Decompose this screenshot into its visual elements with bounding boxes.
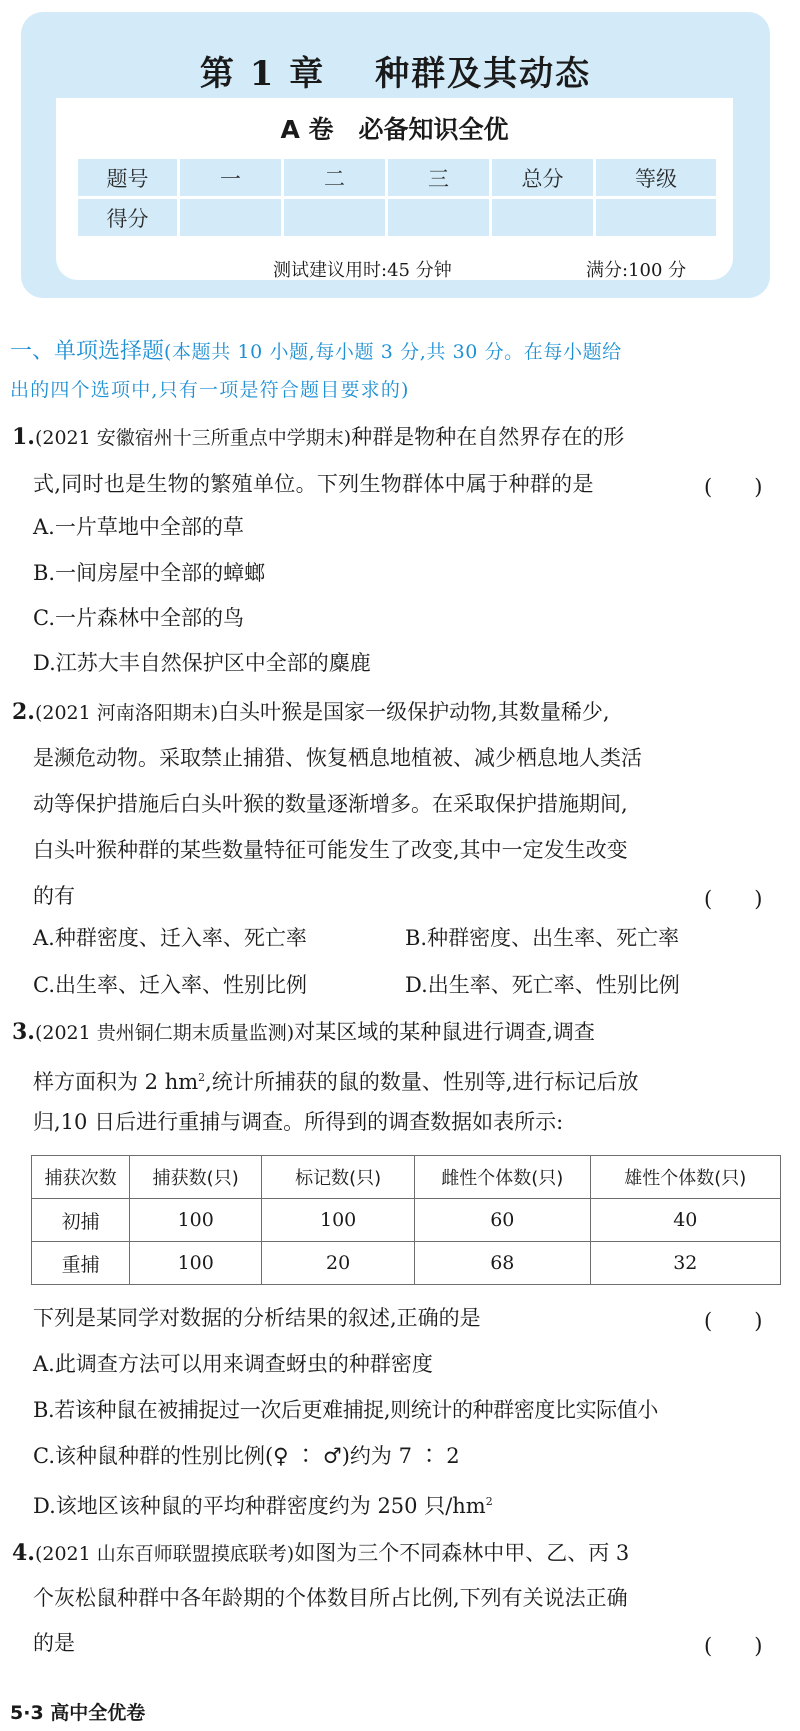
table-cell: 重捕 [32,1242,130,1285]
option-a[interactable]: A.一片草地中全部的草 [33,514,244,540]
score-table: 题号 一 二 三 总分 等级 得分 [75,156,719,239]
question-2-line-1: 2.(2021 河南洛阳期末)白头叶猴是国家一级保护动物,其数量稀少, [12,699,610,726]
question-number: 1. [12,424,35,450]
option-c[interactable]: C.该种鼠种群的性别比例(♀ ∶ ♂)约为 7 ∶ 2 [33,1443,460,1469]
answer-blank[interactable]: ( ) [704,883,762,913]
question-source: (2021 河南洛阳期末) [35,702,218,724]
option-a[interactable]: A.此调查方法可以用来调查蚜虫的种群密度 [33,1351,433,1377]
question-2-line-4: 白头叶猴种群的某些数量特征可能发生了改变,其中一定发生改变 [33,837,628,863]
score-table-header-row: 题号 一 二 三 总分 等级 [78,159,716,196]
question-text: 如图为三个不同森林中甲、乙、丙 3 [294,1541,629,1565]
table-cell: 100 [130,1242,262,1285]
question-2-line-5: 的有 [33,883,75,909]
question-2-line-3: 动等保护措施后白头叶猴的数量逐渐增多。在采取保护措施期间, [33,791,628,817]
question-4-line-2: 个灰松鼠种群中各年龄期的个体数目所占比例,下列有关说法正确 [33,1585,628,1611]
question-source: (2021 贵州铜仁期末质量监测) [35,1022,294,1044]
question-1-line-2: 式,同时也是生物的繁殖单位。下列生物群体中属于种群的是 [33,471,594,497]
score-input-cell[interactable] [388,199,489,236]
score-cell: 题号 [78,159,177,196]
table-cell: 100 [130,1199,262,1242]
question-source: (2021 山东百师联盟摸底联考) [35,1543,294,1565]
answer-blank[interactable]: ( ) [704,1305,762,1335]
question-source: (2021 安徽宿州十三所重点中学期末) [35,427,351,449]
option-b[interactable]: B.种群密度、出生率、死亡率 [405,925,679,951]
table-header-row: 捕获次数 捕获数(只) 标记数(只) 雌性个体数(只) 雄性个体数(只) [32,1156,781,1199]
table-cell: 68 [415,1242,591,1285]
chapter-header-box: 第 1 章 种群及其动态 A 卷 必备知识全优 题号 一 二 三 总分 等级 得… [21,12,770,298]
section-instructions: (本题共 10 小题,每小题 3 分,共 30 分。在每小题给 [164,341,622,363]
chapter-title: 第 1 章 种群及其动态 [21,46,770,95]
option-b[interactable]: B.若该种鼠在被捕捉过一次后更难捕捉,则统计的种群密度比实际值小 [33,1397,658,1423]
score-input-cell[interactable] [180,199,281,236]
option-text: D.该地区该种鼠的平均种群密度约为 250 只/hm [33,1494,486,1518]
option-c[interactable]: C.一片森林中全部的鸟 [33,605,244,631]
paper-info-panel: A 卷 必备知识全优 题号 一 二 三 总分 等级 得分 测试建议用时:45 分… [56,98,733,280]
table-cell: 初捕 [32,1199,130,1242]
question-3-line-3: 归,10 日后进行重捕与调查。所得到的调查数据如表所示: [33,1109,563,1135]
table-cell: 60 [415,1199,591,1242]
score-cell: 得分 [78,199,177,236]
question-4-line-3: 的是 [33,1630,75,1656]
suggested-time: 测试建议用时:45 分钟 [273,256,452,282]
option-b[interactable]: B.一间房屋中全部的蟑螂 [33,560,265,586]
question-3-line-1: 3.(2021 贵州铜仁期末质量监测)对某区域的某种鼠进行调查,调查 [12,1019,595,1046]
score-input-cell[interactable] [492,199,593,236]
table-cell: 100 [262,1199,415,1242]
section-title: 一、单项选择题 [10,339,164,364]
table-row: 初捕 100 100 60 40 [32,1199,781,1242]
table-cell: 32 [590,1242,780,1285]
table-header-cell: 雌性个体数(只) [415,1156,591,1199]
question-1-line-1: 1.(2021 安徽宿州十三所重点中学期末)种群是物种在自然界存在的形 [12,424,624,451]
section-heading-line: 一、单项选择题(本题共 10 小题,每小题 3 分,共 30 分。在每小题给 [10,338,622,365]
score-cell: 等级 [596,159,716,196]
table-header-cell: 标记数(只) [262,1156,415,1199]
option-d[interactable]: D.该地区该种鼠的平均种群密度约为 250 只/hm2 [33,1489,493,1519]
score-cell: 三 [388,159,489,196]
question-text: 对某区域的某种鼠进行调查,调查 [294,1020,595,1044]
question-text: 样方面积为 2 hm [33,1070,198,1094]
question-number: 4. [12,1540,35,1566]
question-3-stem: 下列是某同学对数据的分析结果的叙述,正确的是 [33,1305,481,1331]
table-header-cell: 捕获数(只) [130,1156,262,1199]
table-header-cell: 雄性个体数(只) [590,1156,780,1199]
full-score: 满分:100 分 [586,256,686,282]
section-instructions-cont: 出的四个选项中,只有一项是符合题目要求的) [10,377,410,403]
score-cell: 一 [180,159,281,196]
table-row: 重捕 100 20 68 32 [32,1242,781,1285]
score-table-score-row: 得分 [78,199,716,236]
footer-brand: 5·3 高中全优卷 [10,1698,145,1725]
option-c[interactable]: C.出生率、迁入率、性别比例 [33,972,307,998]
question-number: 3. [12,1019,35,1045]
table-cell: 20 [262,1242,415,1285]
score-cell: 二 [284,159,385,196]
answer-blank[interactable]: ( ) [704,471,762,501]
option-a[interactable]: A.种群密度、迁入率、死亡率 [33,925,307,951]
answer-blank[interactable]: ( ) [704,1630,762,1660]
table-cell: 40 [590,1199,780,1242]
question-3-line-2: 样方面积为 2 hm2,统计所捕获的鼠的数量、性别等,进行标记后放 [33,1065,639,1095]
question-text: 白头叶猴是国家一级保护动物,其数量稀少, [218,700,609,724]
table-header-cell: 捕获次数 [32,1156,130,1199]
mark-recapture-table: 捕获次数 捕获数(只) 标记数(只) 雌性个体数(只) 雄性个体数(只) 初捕 … [31,1155,781,1285]
option-d[interactable]: D.江苏大丰自然保护区中全部的麋鹿 [33,650,371,676]
score-input-cell[interactable] [284,199,385,236]
paper-title: A 卷 必备知识全优 [56,110,733,146]
option-d[interactable]: D.出生率、死亡率、性别比例 [405,972,680,998]
score-cell: 总分 [492,159,593,196]
question-4-line-1: 4.(2021 山东百师联盟摸底联考)如图为三个不同森林中甲、乙、丙 3 [12,1540,629,1567]
question-2-line-2: 是濒危动物。采取禁止捕猎、恢复栖息地植被、减少栖息地人类活 [33,745,642,771]
question-text: ,统计所捕获的鼠的数量、性别等,进行标记后放 [205,1070,638,1094]
superscript: 2 [486,1495,493,1508]
score-input-cell[interactable] [596,199,716,236]
question-number: 2. [12,699,35,725]
question-text: 种群是物种在自然界存在的形 [351,425,624,449]
